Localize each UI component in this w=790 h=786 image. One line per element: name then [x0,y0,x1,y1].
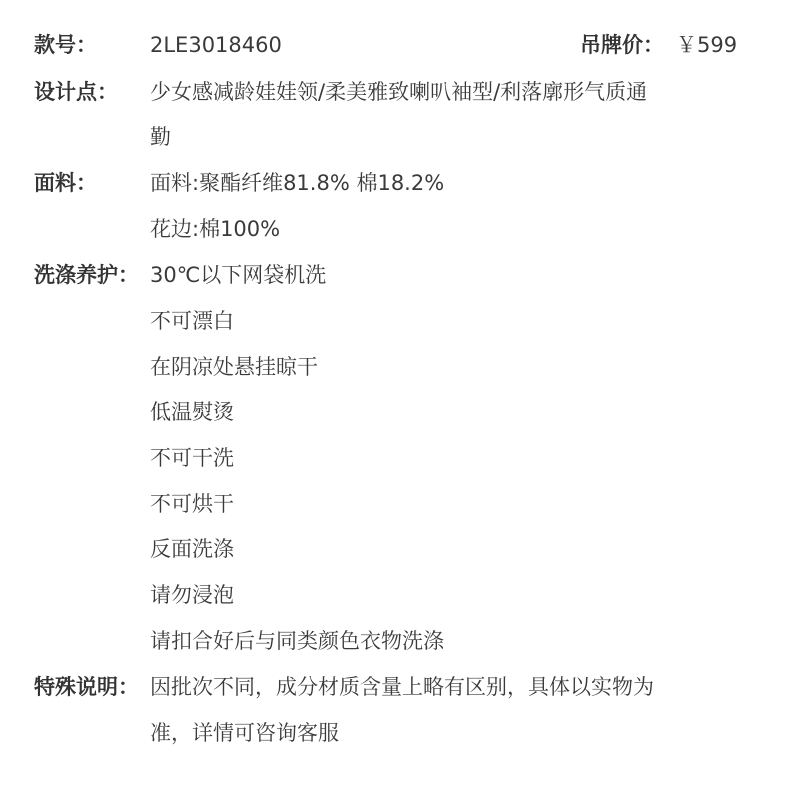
style-number-row: 款号： 2LE3018460 吊牌价： ￥599 [0,30,790,76]
care-row-cont: 不可干洗 [0,443,790,489]
care-row-cont: 在阴凉处悬挂晾干 [0,352,790,398]
design-row-cont: 勤 [0,122,790,168]
care-line: 请勿浸泡 [150,580,234,610]
design-label: 设计点： [34,77,118,107]
care-line: 不可干洗 [150,443,234,473]
fabric-line: 面料:聚酯纤维81.8% 棉18.2% [150,168,444,198]
care-line: 低温熨烫 [150,397,234,427]
style-number-label: 款号： [34,30,97,60]
design-row: 设计点： 少女感减龄娃娃领/柔美雅致喇叭袖型/利落廓形气质通 [0,77,790,123]
design-line: 勤 [150,122,171,152]
care-row: 洗涤养护： 30℃以下网袋机洗 [0,260,790,306]
fabric-label: 面料： [34,168,97,198]
care-line: 反面洗涤 [150,534,234,564]
notes-row-cont: 准，详情可咨询客服 [0,718,790,764]
care-row-cont: 请勿浸泡 [0,580,790,626]
care-line: 不可烘干 [150,489,234,519]
notes-line: 因批次不同，成分材质含量上略有区别，具体以实物为 [150,672,654,702]
care-row-cont: 反面洗涤 [0,534,790,580]
fabric-line: 花边:棉100% [150,214,280,244]
care-label: 洗涤养护： [34,260,139,290]
care-line: 30℃以下网袋机洗 [150,260,326,290]
care-row-cont: 不可烘干 [0,489,790,535]
care-line: 不可漂白 [150,306,234,336]
care-line: 请扣合好后与同类颜色衣物洗涤 [150,626,444,656]
design-line: 少女感减龄娃娃领/柔美雅致喇叭袖型/利落廓形气质通 [150,77,647,107]
care-row-cont: 不可漂白 [0,306,790,352]
care-row-cont: 低温熨烫 [0,397,790,443]
notes-row: 特殊说明： 因批次不同，成分材质含量上略有区别，具体以实物为 [0,672,790,718]
style-number-value: 2LE3018460 [150,30,282,60]
tag-price-value: ￥599 [676,30,737,60]
care-row-cont: 请扣合好后与同类颜色衣物洗涤 [0,626,790,672]
fabric-row-cont: 花边:棉100% [0,214,790,260]
notes-line: 准，详情可咨询客服 [150,718,339,748]
care-line: 在阴凉处悬挂晾干 [150,352,318,382]
notes-label: 特殊说明： [34,672,139,702]
fabric-row: 面料： 面料:聚酯纤维81.8% 棉18.2% [0,168,790,214]
tag-price-label: 吊牌价： [580,30,664,60]
